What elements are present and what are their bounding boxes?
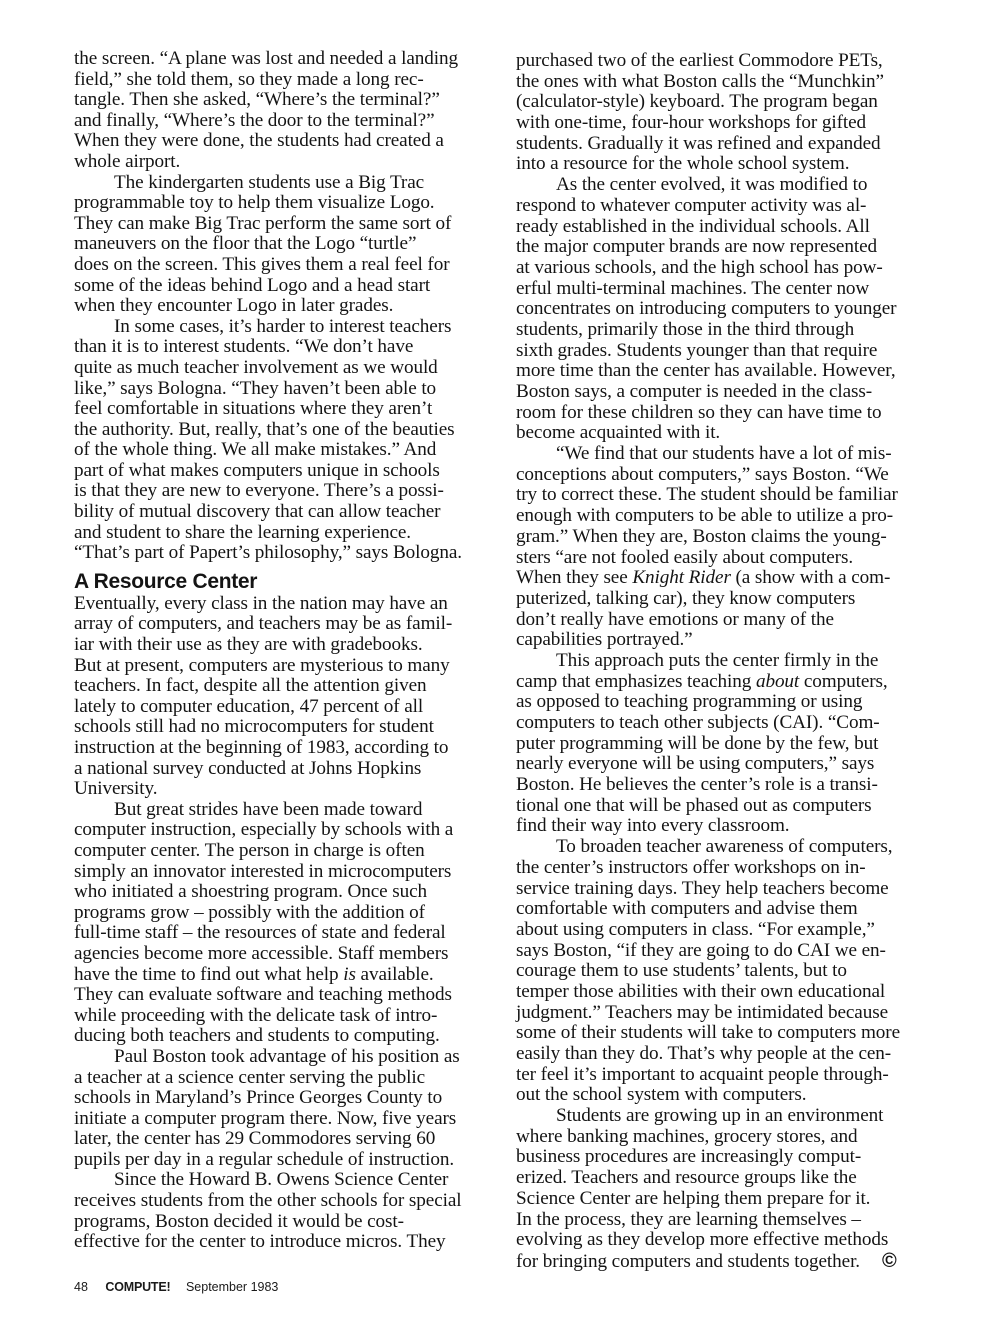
text-line: erized. Teachers and resource groups lik… xyxy=(516,1168,962,1189)
text-line: As the center evolved, it was modified t… xyxy=(516,175,962,196)
text-line: enough with computers to be able to util… xyxy=(516,506,962,527)
text-line: room for these children so they can have… xyxy=(516,403,962,424)
text-line: for bringing computers and students toge… xyxy=(516,1251,962,1272)
magazine-name: COMPUTE! xyxy=(105,1280,170,1294)
text-line: programs grow – possibly with the additi… xyxy=(74,903,510,924)
text-line: iar with their use as they are with grad… xyxy=(74,635,510,656)
text-line: sters “are not fooled easily about compu… xyxy=(516,548,962,569)
text-line: tangle. Then she asked, “Where’s the ter… xyxy=(74,90,510,111)
text-line: into a resource for the whole school sys… xyxy=(516,154,962,175)
text-line: while proceeding with the delicate task … xyxy=(74,1006,510,1027)
text-line: puterized, talking car), they know compu… xyxy=(516,589,962,610)
text-line: (calculator-style) keyboard. The program… xyxy=(516,92,962,113)
text-line: But at present, computers are mysterious… xyxy=(74,656,510,677)
paragraph: Eventually, every class in the nation ma… xyxy=(74,594,510,800)
text-line: the authority. But, really, that’s one o… xyxy=(74,420,510,441)
text-line: service training days. They help teacher… xyxy=(516,879,962,900)
text-line: the ones with what Boston calls the “Mun… xyxy=(516,72,962,93)
text-line: pupils per day in a regular schedule of … xyxy=(74,1150,510,1171)
text-line: To broaden teacher awareness of computer… xyxy=(516,837,962,858)
text-line: “That’s part of Papert’s philosophy,” sa… xyxy=(74,543,510,564)
paragraph: purchased two of the earliest Commodore … xyxy=(516,51,962,175)
paragraph: This approach puts the center firmly in … xyxy=(516,651,962,837)
text-line: of the whole thing. We all make mistakes… xyxy=(74,440,510,461)
text-line: When they see Knight Rider (a show with … xyxy=(516,568,962,589)
text-line: In the process, they are learning themse… xyxy=(516,1210,962,1231)
text-line: simply an innovator interested in microc… xyxy=(74,862,510,883)
text-line: try to correct these. The student should… xyxy=(516,485,962,506)
text-line: some of the ideas behind Logo and a head… xyxy=(74,276,510,297)
issue-date: September 1983 xyxy=(186,1280,278,1294)
text-line: about using computers in class. “For exa… xyxy=(516,920,962,941)
text-line: tional one that will be phased out as co… xyxy=(516,796,962,817)
text-line: who initiated a shoestring program. Once… xyxy=(74,882,510,903)
text-line: camp that emphasizes teaching about comp… xyxy=(516,672,962,693)
text-line: the center’s instructors offer workshops… xyxy=(516,858,962,879)
text-line: They can evaluate software and teaching … xyxy=(74,985,510,1006)
text-line: a teacher at a science center serving th… xyxy=(74,1068,510,1089)
text-line: students. Gradually it was refined and e… xyxy=(516,134,962,155)
text-line: when they encounter Logo in later grades… xyxy=(74,296,510,317)
text-line: The kindergarten students use a Big Trac xyxy=(74,173,510,194)
text-line: Science Center are helping them prepare … xyxy=(516,1189,962,1210)
text-line: feel comfortable in situations where the… xyxy=(74,399,510,420)
text-line: judgment.” Teachers may be intimidated b… xyxy=(516,1003,962,1024)
text-line: ter feel it’s important to acquaint peop… xyxy=(516,1065,962,1086)
text-line: more time than the center has available.… xyxy=(516,361,962,382)
paragraph: Since the Howard B. Owens Science Center… xyxy=(74,1170,510,1252)
text-line: effective for the center to introduce mi… xyxy=(74,1232,510,1253)
paragraph: To broaden teacher awareness of computer… xyxy=(516,837,962,1106)
text-line: easily than they do. That’s why people a… xyxy=(516,1044,962,1065)
text-line: have the time to find out what help is a… xyxy=(74,965,510,986)
text-line: does on the screen. This gives them a re… xyxy=(74,255,510,276)
text-line: quite as much teacher involvement as we … xyxy=(74,358,510,379)
text-line: They can make Big Trac perform the same … xyxy=(74,214,510,235)
text-line: sixth grades. Students younger than that… xyxy=(516,341,962,362)
text-line: like,” says Bologna. “They haven’t been … xyxy=(74,379,510,400)
text-line: where banking machines, grocery stores, … xyxy=(516,1127,962,1148)
text-line: “We find that our students have a lot of… xyxy=(516,444,962,465)
text-line: concentrates on introducing computers to… xyxy=(516,299,962,320)
text-line: at various schools, and the high school … xyxy=(516,258,962,279)
text-line: When they were done, the students had cr… xyxy=(74,131,510,152)
text-line: part of what makes computers unique in s… xyxy=(74,461,510,482)
text-line: Eventually, every class in the nation ma… xyxy=(74,594,510,615)
text-line: erful multi-terminal machines. The cente… xyxy=(516,279,962,300)
text-line: Since the Howard B. Owens Science Center xyxy=(74,1170,510,1191)
end-of-article-icon: © xyxy=(882,1251,897,1272)
text-line: Students are growing up in an environmen… xyxy=(516,1106,962,1127)
text-line: with one-time, four-hour workshops for g… xyxy=(516,113,962,134)
text-line: gram.” When they are, Boston claims the … xyxy=(516,527,962,548)
page-number: 48 xyxy=(74,1280,88,1294)
page-footer: 48 COMPUTE! September 1983 xyxy=(74,1280,278,1294)
text-line: don’t really have emotions or many of th… xyxy=(516,610,962,631)
text-line: lately to computer education, 47 percent… xyxy=(74,697,510,718)
text-line: instruction at the beginning of 1983, ac… xyxy=(74,738,510,759)
text-line: programs, Boston decided it would be cos… xyxy=(74,1212,510,1233)
text-line: evolving as they develop more effective … xyxy=(516,1230,962,1251)
text-line: In some cases, it’s harder to interest t… xyxy=(74,317,510,338)
text-line: nearly everyone will be using computers,… xyxy=(516,754,962,775)
text-line: schools in Maryland’s Prince Georges Cou… xyxy=(74,1088,510,1109)
text-line: receives students from the other schools… xyxy=(74,1191,510,1212)
text-line: out the school system with computers. xyxy=(516,1085,962,1106)
text-line: some of their students will take to comp… xyxy=(516,1023,962,1044)
text-line: puter programming will be done by the fe… xyxy=(516,734,962,755)
text-line: bility of mutual discovery that can allo… xyxy=(74,502,510,523)
text-line: But great strides have been made toward xyxy=(74,800,510,821)
left-column: the screen. “A plane was lost and needed… xyxy=(74,49,510,1253)
paragraph: As the center evolved, it was modified t… xyxy=(516,175,962,444)
paragraph: Students are growing up in an environmen… xyxy=(516,1106,962,1272)
text-line: business procedures are increasingly com… xyxy=(516,1147,962,1168)
text-line: as opposed to teaching programming or us… xyxy=(516,692,962,713)
text-line: and student to share the learning experi… xyxy=(74,523,510,544)
text-line: agencies become more accessible. Staff m… xyxy=(74,944,510,965)
text-line: University. xyxy=(74,779,510,800)
text-line: computer instruction, especially by scho… xyxy=(74,820,510,841)
paragraph: the screen. “A plane was lost and needed… xyxy=(74,49,510,173)
text-line: array of computers, and teachers may be … xyxy=(74,614,510,635)
text-line: purchased two of the earliest Commodore … xyxy=(516,51,962,72)
text-line: conceptions about computers,” says Bosto… xyxy=(516,465,962,486)
text-line: become acquainted with it. xyxy=(516,423,962,444)
text-line: courage them to use students’ talents, b… xyxy=(516,961,962,982)
text-line: a national survey conducted at Johns Hop… xyxy=(74,759,510,780)
section-heading: A Resource Center xyxy=(74,570,510,594)
text-line: comfortable with computers and advise th… xyxy=(516,899,962,920)
paragraph: Paul Boston took advantage of his positi… xyxy=(74,1047,510,1171)
text-line: ducing both teachers and students to com… xyxy=(74,1026,510,1047)
text-line: later, the center has 29 Commodores serv… xyxy=(74,1129,510,1150)
text-line: whole airport. xyxy=(74,152,510,173)
text-line: full-time staff – the resources of state… xyxy=(74,923,510,944)
text-line: Boston says, a computer is needed in the… xyxy=(516,382,962,403)
paragraph: The kindergarten students use a Big Trac… xyxy=(74,173,510,317)
text-line: teachers. In fact, despite all the atten… xyxy=(74,676,510,697)
text-line: Boston. He believes the center’s role is… xyxy=(516,775,962,796)
text-line: respond to whatever computer activity wa… xyxy=(516,196,962,217)
text-line: than it is to interest students. “We don… xyxy=(74,337,510,358)
text-line: the screen. “A plane was lost and needed… xyxy=(74,49,510,70)
text-line: capabilities portrayed.” xyxy=(516,630,962,651)
text-line: students, primarily those in the third t… xyxy=(516,320,962,341)
text-line: and finally, “Where’s the door to the te… xyxy=(74,111,510,132)
text-line: maneuvers on the floor that the Logo “tu… xyxy=(74,234,510,255)
text-line: initiate a computer program there. Now, … xyxy=(74,1109,510,1130)
paragraph: But great strides have been made toward … xyxy=(74,800,510,1047)
text-line: schools still had no microcomputers for … xyxy=(74,717,510,738)
text-line: find their way into every classroom. xyxy=(516,816,962,837)
text-line: computers to teach other subjects (CAI).… xyxy=(516,713,962,734)
text-line: This approach puts the center firmly in … xyxy=(516,651,962,672)
text-line: programmable toy to help them visualize … xyxy=(74,193,510,214)
paragraph: “We find that our students have a lot of… xyxy=(516,444,962,651)
text-line: the major computer brands are now repres… xyxy=(516,237,962,258)
text-line: temper those abilities with their own ed… xyxy=(516,982,962,1003)
text-line: says Boston, “if they are going to do CA… xyxy=(516,941,962,962)
right-column: purchased two of the earliest Commodore … xyxy=(516,51,962,1272)
text-line: field,” she told them, so they made a lo… xyxy=(74,70,510,91)
text-line: Paul Boston took advantage of his positi… xyxy=(74,1047,510,1068)
text-line: is that they are new to everyone. There’… xyxy=(74,481,510,502)
paragraph: In some cases, it’s harder to interest t… xyxy=(74,317,510,564)
text-line: computer center. The person in charge is… xyxy=(74,841,510,862)
text-line: ready established in the individual scho… xyxy=(516,217,962,238)
